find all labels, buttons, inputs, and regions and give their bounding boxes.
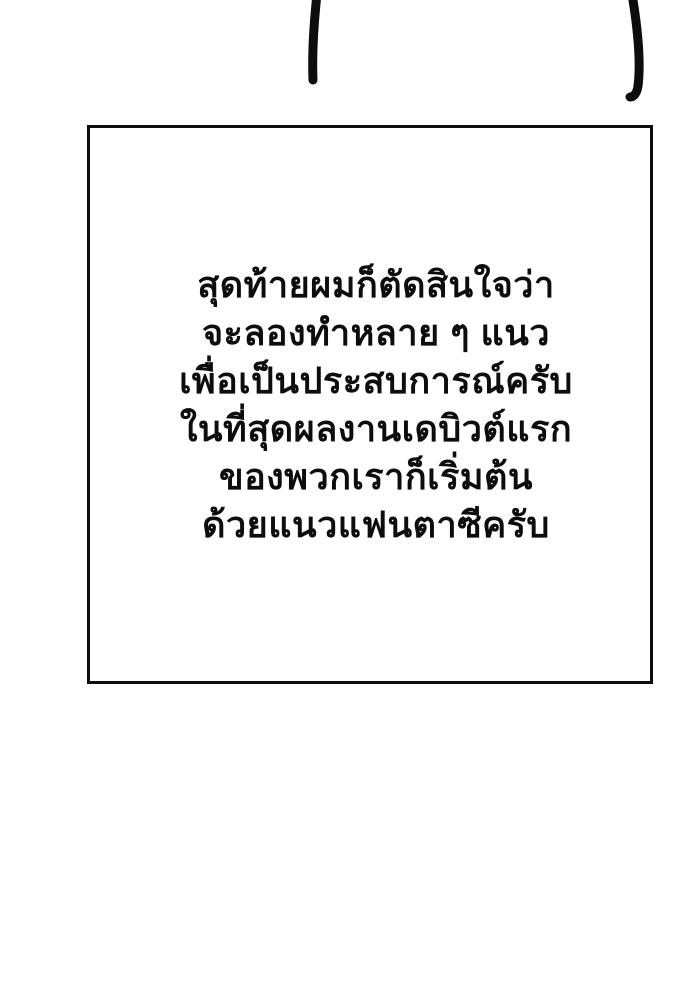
ink-stroke-left — [313, 0, 317, 80]
narration-line: จะลองทำหลาย ๆ แนว — [179, 309, 573, 357]
narration-line: ในที่สุดผลงานเดบิวต์แรก — [179, 405, 573, 453]
artwork-strokes — [0, 0, 690, 130]
narration-box: สุดท้ายผมก็ตัดสินใจว่า จะลองทำหลาย ๆ แนว… — [87, 125, 653, 684]
narration-text: สุดท้ายผมก็ตัดสินใจว่า จะลองทำหลาย ๆ แนว… — [167, 261, 573, 549]
ink-stroke-right — [630, 0, 639, 97]
comic-page: สุดท้ายผมก็ตัดสินใจว่า จะลองทำหลาย ๆ แนว… — [0, 0, 690, 1000]
narration-line: สุดท้ายผมก็ตัดสินใจว่า — [179, 261, 573, 309]
narration-line: เพื่อเป็นประสบการณ์ครับ — [179, 357, 573, 405]
narration-line: ของพวกเราก็เริ่มต้น — [179, 453, 573, 501]
narration-line: ด้วยแนวแฟนตาซีครับ — [179, 501, 573, 549]
